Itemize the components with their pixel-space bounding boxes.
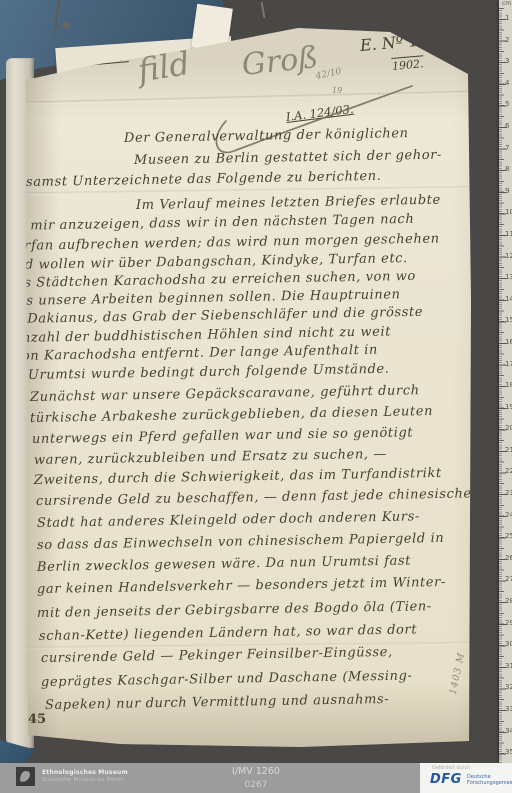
museum-logo [16, 767, 35, 786]
ruler-numbers: 1 2 3 4 5 6 7 8 9 10 11 12 13 14 15 16 1… [505, 8, 512, 764]
letter-line: waren, zurückzubleiben und Ersatz zu suc… [34, 447, 387, 468]
entry-year: 1902. [391, 55, 424, 73]
archival-scan: Pr. 18/12.02. „Eingeschrieben“ E. Nº 175… [0, 0, 512, 793]
paper-crease [20, 90, 482, 104]
letter-line: gar keinen Handelsverkehr — besonders je… [37, 575, 446, 597]
dfg-name-line2: Forschungsgemeinschaft [467, 780, 512, 786]
letter-line: Zunächst war unsere Gepäckscaravane, gef… [30, 383, 420, 405]
shelfmark-block: I/MV 1260 0267 [232, 766, 280, 791]
letter-line: Stadt hat anderes Kleingeld oder doch an… [37, 509, 420, 531]
letter-line: — Dakianus, das Grab der Siebenschläfer … [9, 305, 423, 327]
letter-line: geprägtes Kaschgar-Silber und Daschane (… [41, 669, 413, 690]
reference-note: I.A. 124/03. [285, 102, 354, 124]
letter-line: von Karachodsha entfernt. Der lange Aufe… [14, 343, 378, 364]
dfg-name: Deutsche Forschungsgemeinschaft [467, 774, 512, 786]
entry-number: E. Nº 1759 [359, 28, 450, 55]
letter-line: mit den jenseits der Gebirgsbarre des Bo… [37, 599, 432, 621]
shelfmark: I/MV 1260 [232, 766, 280, 779]
letter-line: Berlin zwecklos gewesen wäre. Da nun Uru… [37, 553, 411, 575]
letter-line: so dass das Einwechseln von chinesischem… [37, 531, 444, 553]
page-number: 45 [28, 712, 46, 727]
pencil-name-note: Groß [240, 40, 320, 83]
vertical-archive-note: 1403 M [448, 651, 468, 695]
letter-line: Der Generalverwaltung der königlichen [124, 126, 409, 146]
footer-bar: Ethnologisches Museum Staatliche Museen … [0, 763, 512, 793]
ruler-unit-label: cm [502, 0, 511, 7]
letter-line: türkische Arbakeshe zurückgeblieben, da … [30, 404, 433, 426]
funding-label: Gefördert durch [432, 766, 470, 771]
pencil-fraction-note: 19 [332, 86, 342, 95]
dfg-logo: DFG [430, 772, 462, 787]
letter-line: cursirende Geld zu beschaffen, — denn fa… [36, 486, 472, 509]
letter-page: Pr. 18/12.02. „Eingeschrieben“ E. Nº 175… [0, 0, 512, 793]
binding-thread-knot [62, 22, 70, 28]
letter-line: Museen zu Berlin gestattet sich der geho… [134, 148, 442, 168]
letter-line: Urumtsi wurde bedingt durch folgende Ums… [28, 362, 390, 383]
image-number: 0267 [232, 779, 280, 791]
letter-line: samst Unterzeichnete das Folgende zu ber… [26, 169, 382, 190]
binding-thread [261, 2, 266, 18]
letter-line: Zweitens, durch die Schwierigkeit, das i… [34, 466, 442, 488]
dfg-panel: Gefördert durch DFG Deutsche Forschungsg… [420, 763, 512, 793]
letter-line: schan-Kette) liegenden Ländern hat, so w… [39, 622, 417, 644]
letter-line: ich mir anzuzeigen, dass wir in den näch… [4, 212, 415, 234]
museum-logo-icon [16, 767, 35, 786]
museum-credit: Ethnologisches Museum Staatliche Museen … [42, 769, 128, 783]
letter-line: Sapeken) nur durch Vermittlung und ausna… [45, 692, 389, 713]
museum-name: Ethnologisches Museum [42, 769, 128, 777]
letter-line: Im Verlauf meines letzten Briefes erlaub… [136, 193, 441, 213]
cm-ruler: cm 1 2 3 4 5 6 7 8 9 10 11 12 13 14 15 1… [499, 0, 512, 763]
letter-line: unterwegs ein Pferd gefallen war und sie… [32, 425, 413, 447]
museum-subtitle: Staatliche Museen zu Berlin [42, 777, 128, 784]
